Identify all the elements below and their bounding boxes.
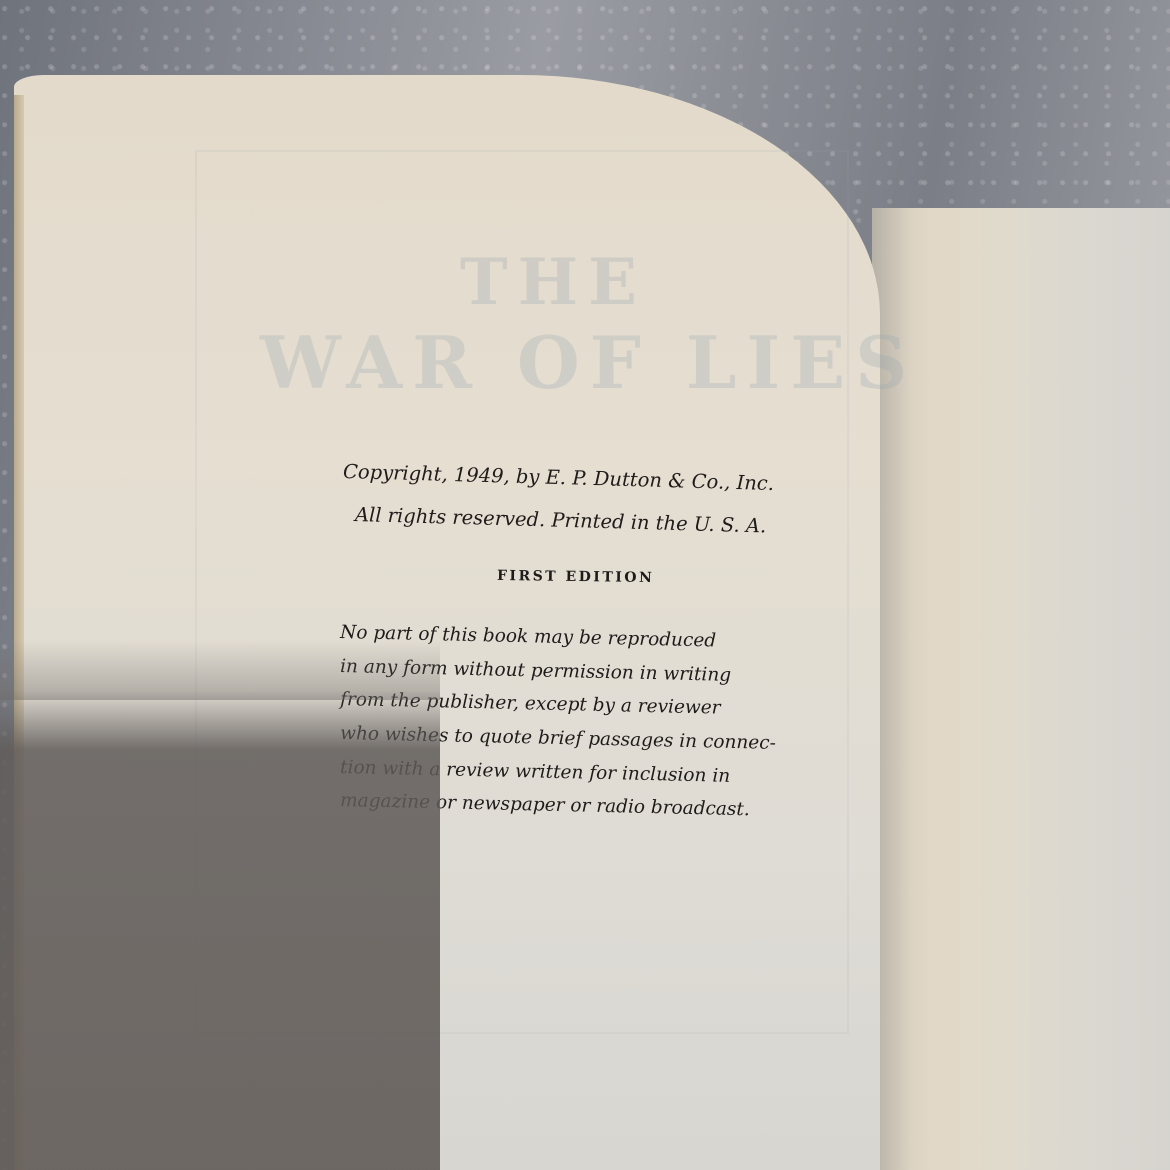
show-through-title-2: WAR OF LIES [260,320,917,405]
show-through-title-1: THE [460,245,647,320]
hand-shadow [0,690,440,1170]
edition-label: FIRST EDITION [497,568,655,586]
